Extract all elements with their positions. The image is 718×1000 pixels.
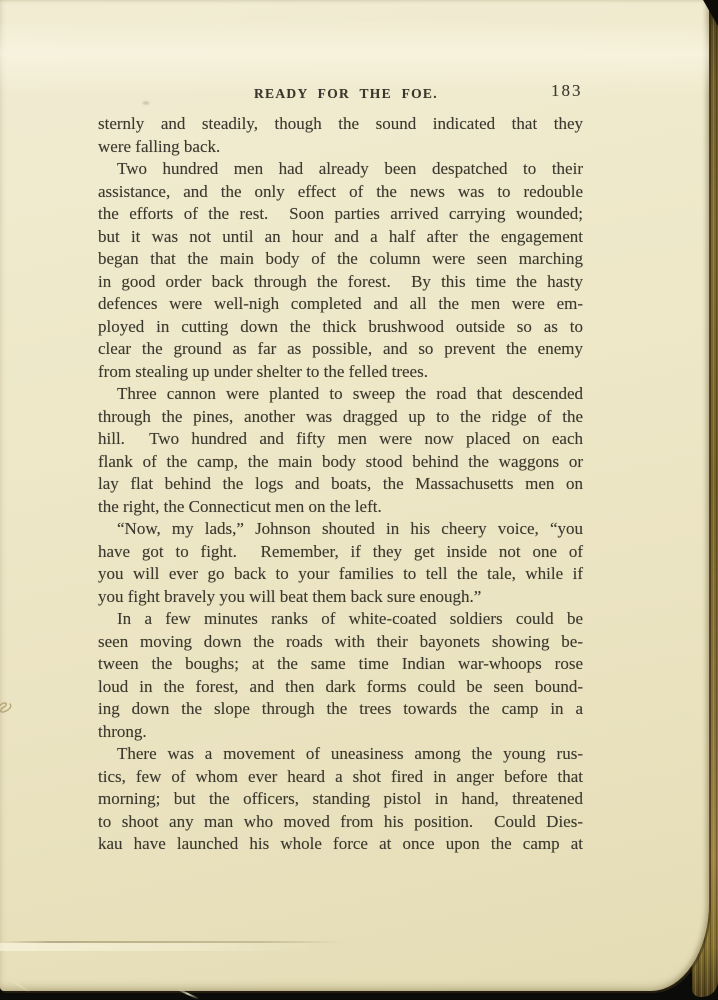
text-line: defences were well-nigh completed and al… — [98, 293, 583, 316]
paragraph: “Now, my lads,” Johnson shouted in his c… — [98, 518, 583, 608]
body-text: sternly and steadily, though the sound i… — [98, 113, 583, 856]
text-line: lay flat behind the logs and boats, the … — [98, 473, 583, 496]
scanned-book-page: READY FOR THE FOE. 183 sternly and stead… — [0, 0, 718, 1000]
text-line: flank of the camp, the main body stood b… — [98, 451, 583, 474]
text-line: “Now, my lads,” Johnson shouted in his c… — [98, 518, 583, 541]
text-line: Two hundred men had already been despatc… — [98, 158, 583, 181]
text-line: There was a movement of uneasiness among… — [98, 743, 583, 766]
text-line: have got to fight. Remember, if they get… — [98, 541, 583, 564]
text-line: ing down the slope through the trees tow… — [98, 698, 583, 721]
text-line: tics, few of whom ever heard a shot fire… — [98, 766, 583, 789]
text-line: kau have launched his whole force at onc… — [98, 833, 583, 856]
text-line: throng. — [98, 721, 583, 744]
book-page: READY FOR THE FOE. 183 sternly and stead… — [0, 0, 709, 991]
text-line: Three cannon were planted to sweep the r… — [98, 383, 583, 406]
text-line: you will ever go back to your families t… — [98, 563, 583, 586]
text-line: In a few minutes ranks of white-coated s… — [98, 608, 583, 631]
text-line: seen moving down the roads with their ba… — [98, 631, 583, 654]
text-line: clear the ground as far as possible, and… — [98, 338, 583, 361]
text-line: the efforts of the rest. Soon parties ar… — [98, 203, 583, 226]
text-line: ployed in cutting down the thick brushwo… — [98, 316, 583, 339]
paragraph: Three cannon were planted to sweep the r… — [98, 383, 583, 518]
running-title: READY FOR THE FOE. — [254, 86, 438, 102]
text-line: sternly and steadily, though the sound i… — [98, 113, 583, 136]
text-line: but it was not until an hour and a half … — [98, 226, 583, 249]
text-line: were falling back. — [98, 136, 583, 159]
paragraph: sternly and steadily, though the sound i… — [98, 113, 583, 158]
text-line: tween the boughs; at the same time India… — [98, 653, 583, 676]
text-line: hill. Two hundred and fifty men were now… — [98, 428, 583, 451]
ink-smudge — [141, 100, 151, 106]
paper-sheen — [0, 20, 709, 94]
text-line: began that the main body of the column w… — [98, 248, 583, 271]
text-line: to shoot any man who moved from his posi… — [98, 811, 583, 834]
text-line: the right, the Connecticut men on the le… — [98, 496, 583, 519]
text-line: morning; but the officers, standing pist… — [98, 788, 583, 811]
text-line: loud in the forest, and then dark forms … — [98, 676, 583, 699]
page-number: 183 — [551, 81, 583, 101]
text-line: in good order back through the forest. B… — [98, 271, 583, 294]
paragraph: Two hundred men had already been despatc… — [98, 158, 583, 383]
text-line: you fight bravely you will beat them bac… — [98, 586, 583, 609]
margin-pencil-mark — [0, 692, 21, 718]
page-crease — [0, 941, 345, 952]
text-line: from stealing up under shelter to the fe… — [98, 361, 583, 384]
paragraph: There was a movement of uneasiness among… — [98, 743, 583, 856]
paragraph: In a few minutes ranks of white-coated s… — [98, 608, 583, 743]
text-line: through the pines, another was dragged u… — [98, 406, 583, 429]
text-line: assistance, and the only effect of the n… — [98, 181, 583, 204]
